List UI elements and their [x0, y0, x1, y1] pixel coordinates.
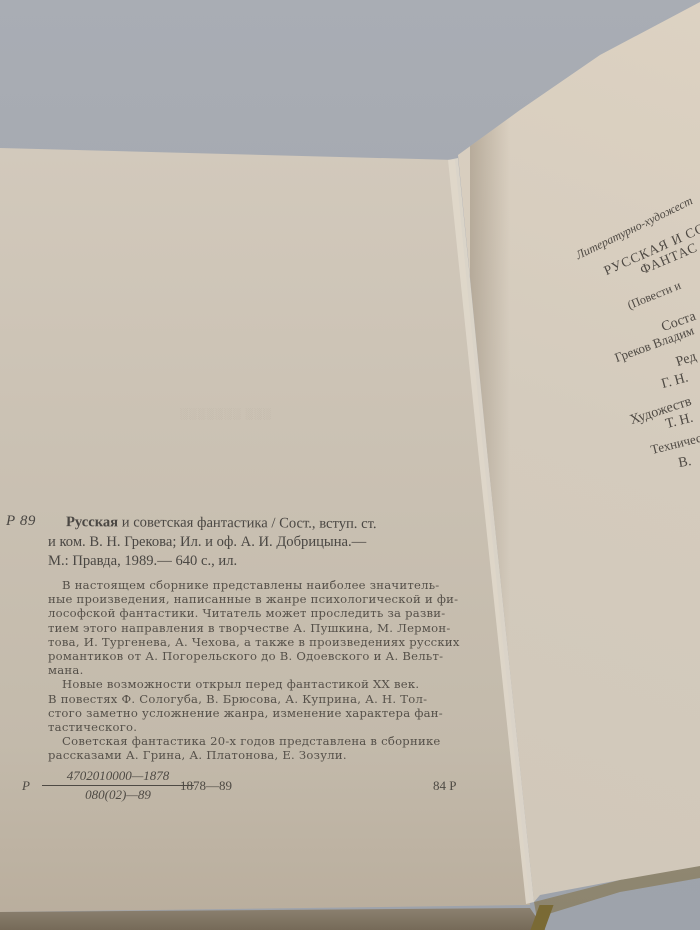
abstract-line: В повестях Ф. Сологуба, В. Брюсова, А. К…	[48, 692, 460, 706]
abstract-line: ные произведения, написанные в жанре пси…	[48, 592, 460, 606]
catalog-code: Р 89	[6, 513, 36, 530]
abstract-line: рассказами А. Грина, А. Платонова, Е. Зо…	[48, 748, 460, 762]
classification-prefix: Р	[22, 778, 30, 794]
biblio-line-2: и ком. В. Н. Грекова; Ил. и оф. А. И. До…	[48, 533, 468, 553]
fraction-denominator: 080(02)—89	[42, 786, 194, 803]
abstract-line: тастического.	[48, 720, 460, 734]
biblio-line-1: Русская и советская фантастика / Сост., …	[48, 513, 468, 535]
bbk-index: 84 Р	[433, 778, 456, 794]
biblio-line-3: М.: Правда, 1989.— 640 с., ил.	[48, 552, 468, 572]
abstract-line: това, И. Тургенева, А. Чехова, а также в…	[48, 635, 460, 649]
abstract-line: Новые возможности открыл перед фантастик…	[48, 677, 460, 691]
abstract-line: стого заметно усложнение жанра, изменени…	[48, 706, 460, 720]
abstract-line: романтиков от А. Погорельского до В. Одо…	[48, 649, 460, 663]
bibliographic-entry: Русская и советская фантастика / Сост., …	[48, 513, 468, 572]
abstract-line: Советская фантастика 20-х годов представ…	[48, 734, 460, 748]
book-title-bold: Русская	[66, 514, 118, 530]
abstract-line: мана.	[48, 663, 460, 677]
abstract-line: лософской фантастики. Читатель может про…	[48, 606, 460, 620]
right-page-line: В.	[677, 454, 692, 472]
abstract-line: В настоящем сборнике представлены наибол…	[48, 578, 460, 592]
order-number: 1878—89	[180, 778, 232, 794]
abstract-paragraph: В настоящем сборнике представлены наибол…	[48, 578, 460, 763]
show-through-text: ░░░░░░░ ░░░	[180, 408, 272, 420]
classification-fraction: 4702010000—1878 080(02)—89	[42, 768, 194, 803]
abstract-line: тием этого направления в творчестве А. П…	[48, 621, 460, 635]
fraction-numerator: 4702010000—1878	[42, 768, 194, 786]
